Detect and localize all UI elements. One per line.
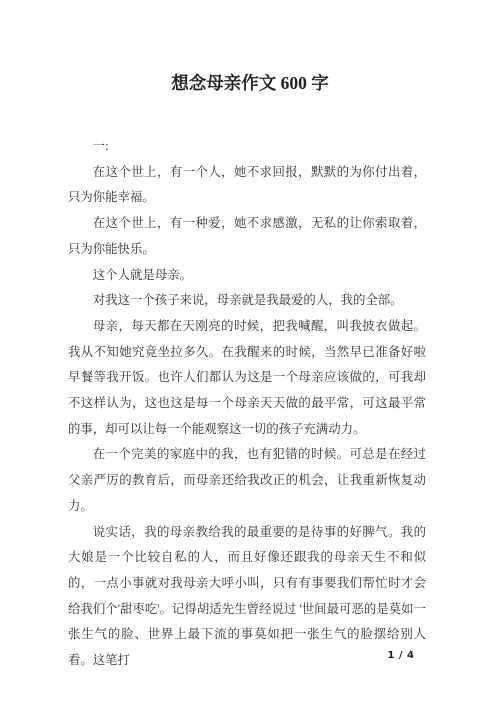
paragraph: 母亲，每天都在天刚亮的时候，把我喊醒，叫我披衣做起。我从不知她究竟坐拉多久。在我… bbox=[68, 314, 426, 443]
paragraph: 说实话，我的母亲教给我的最重要的是待事的好脾气。我的大娘是一个比较自私的人，而且… bbox=[68, 520, 426, 674]
document-page: 想念母亲作文 600 字 一:在这个世上，有一个人，她不求回报，默默的为你付出着… bbox=[0, 0, 500, 707]
paragraph: 在这个世上，有一种爱，她不求感激，无私的让你索取着，只为你能快乐。 bbox=[68, 211, 426, 262]
paragraph: 在这个世上，有一个人，她不求回报，默默的为你付出着，只为你能幸福。 bbox=[68, 160, 426, 211]
page-number: 1 / 4 bbox=[385, 650, 417, 661]
paragraph: 在一个完美的家庭中的我，也有犯错的时候。可总是在经过父亲严厉的教育后，而母亲还给… bbox=[68, 442, 426, 519]
paragraph: 一: bbox=[68, 134, 426, 160]
essay-body: 一:在这个世上，有一个人，她不求回报，默默的为你付出着，只为你能幸福。在这个世上… bbox=[68, 134, 426, 674]
document-title: 想念母亲作文 600 字 bbox=[0, 70, 500, 95]
paragraph: 对我这一个孩子来说，母亲就是我最爱的人，我的全部。 bbox=[68, 288, 426, 314]
paragraph: 这个人就是母亲。 bbox=[68, 263, 426, 289]
